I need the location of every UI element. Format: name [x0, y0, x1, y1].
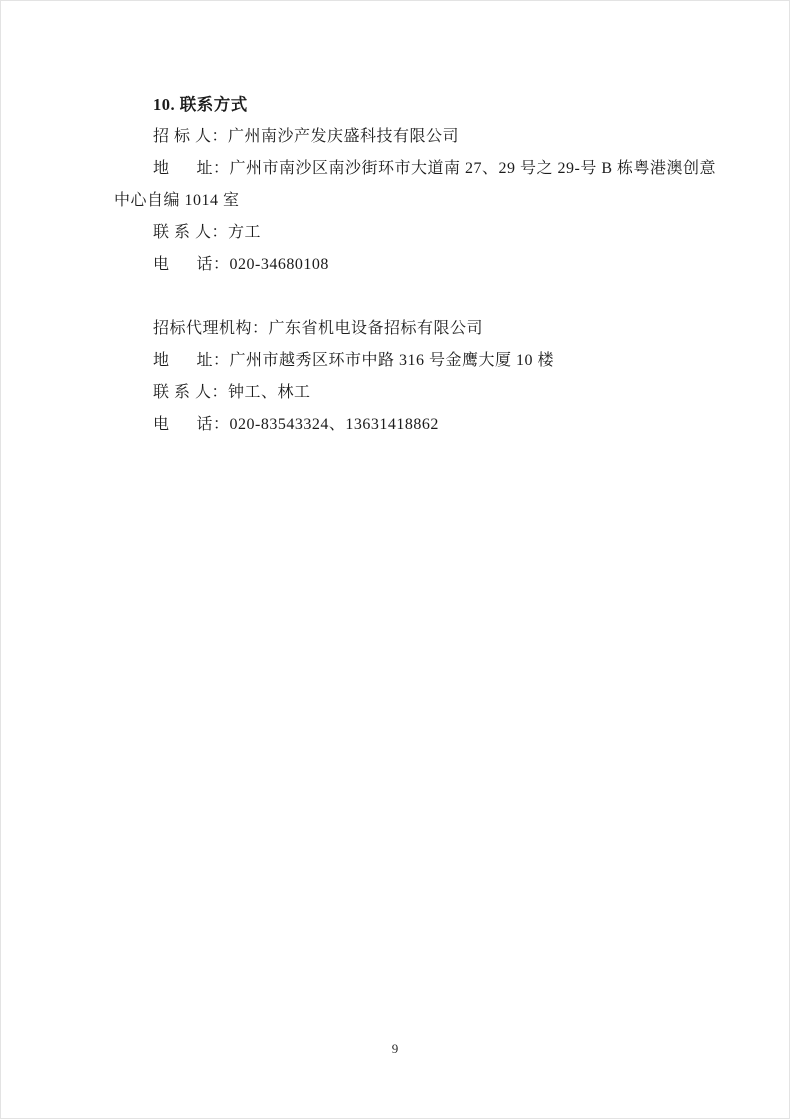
tenderer-contact-label: 联 系 人：	[153, 224, 228, 241]
tenderer-address-label: 地 址：	[153, 160, 230, 177]
agency-address-label: 地 址：	[153, 352, 230, 369]
blank-line-spacer	[114, 281, 719, 313]
tenderer-address-row: 地 址：广州市南沙区南沙街环市大道南 27、29 号之 29-号 B 栋粤港澳创…	[114, 153, 719, 185]
tenderer-address-value: 广州市南沙区南沙街环市大道南 27、29 号之 29-号 B 栋粤港澳创意	[230, 160, 717, 177]
agency-contact-row: 联 系 人：钟工、林工	[114, 377, 719, 409]
agency-phone-label: 电 话：	[153, 416, 230, 433]
tenderer-contact-row: 联 系 人：方工	[114, 217, 719, 249]
agency-phone-row: 电 话：020-83543324、13631418862	[114, 409, 719, 441]
page-content: 10. 联系方式 招 标 人：广州南沙产发庆盛科技有限公司 地 址：广州市南沙区…	[114, 89, 719, 441]
tenderer-address-continuation: 中心自编 1014 室	[114, 185, 719, 217]
agency-address-row: 地 址：广州市越秀区环市中路 316 号金鹰大厦 10 楼	[114, 345, 719, 377]
tenderer-phone-value: 020-34680108	[230, 256, 329, 273]
agency-phone-value: 020-83543324、13631418862	[230, 416, 439, 433]
tenderer-name-value: 广州南沙产发庆盛科技有限公司	[228, 128, 459, 145]
tenderer-phone-row: 电 话：020-34680108	[114, 249, 719, 281]
agency-address-value: 广州市越秀区环市中路 316 号金鹰大厦 10 楼	[230, 352, 555, 369]
document-page: 10. 联系方式 招 标 人：广州南沙产发庆盛科技有限公司 地 址：广州市南沙区…	[0, 0, 790, 1119]
agency-contact-value: 钟工、林工	[228, 384, 311, 401]
agency-contact-label: 联 系 人：	[153, 384, 228, 401]
agency-name-label: 招标代理机构：	[153, 320, 269, 337]
page-number: 9	[1, 1039, 789, 1059]
tenderer-phone-label: 电 话：	[153, 256, 230, 273]
tenderer-contact-value: 方工	[228, 224, 261, 241]
tenderer-name-row: 招 标 人：广州南沙产发庆盛科技有限公司	[114, 121, 719, 153]
agency-name-value: 广东省机电设备招标有限公司	[269, 320, 484, 337]
agency-name-row: 招标代理机构：广东省机电设备招标有限公司	[114, 313, 719, 345]
section-heading: 10. 联系方式	[114, 89, 719, 121]
tenderer-name-label: 招 标 人：	[153, 128, 228, 145]
